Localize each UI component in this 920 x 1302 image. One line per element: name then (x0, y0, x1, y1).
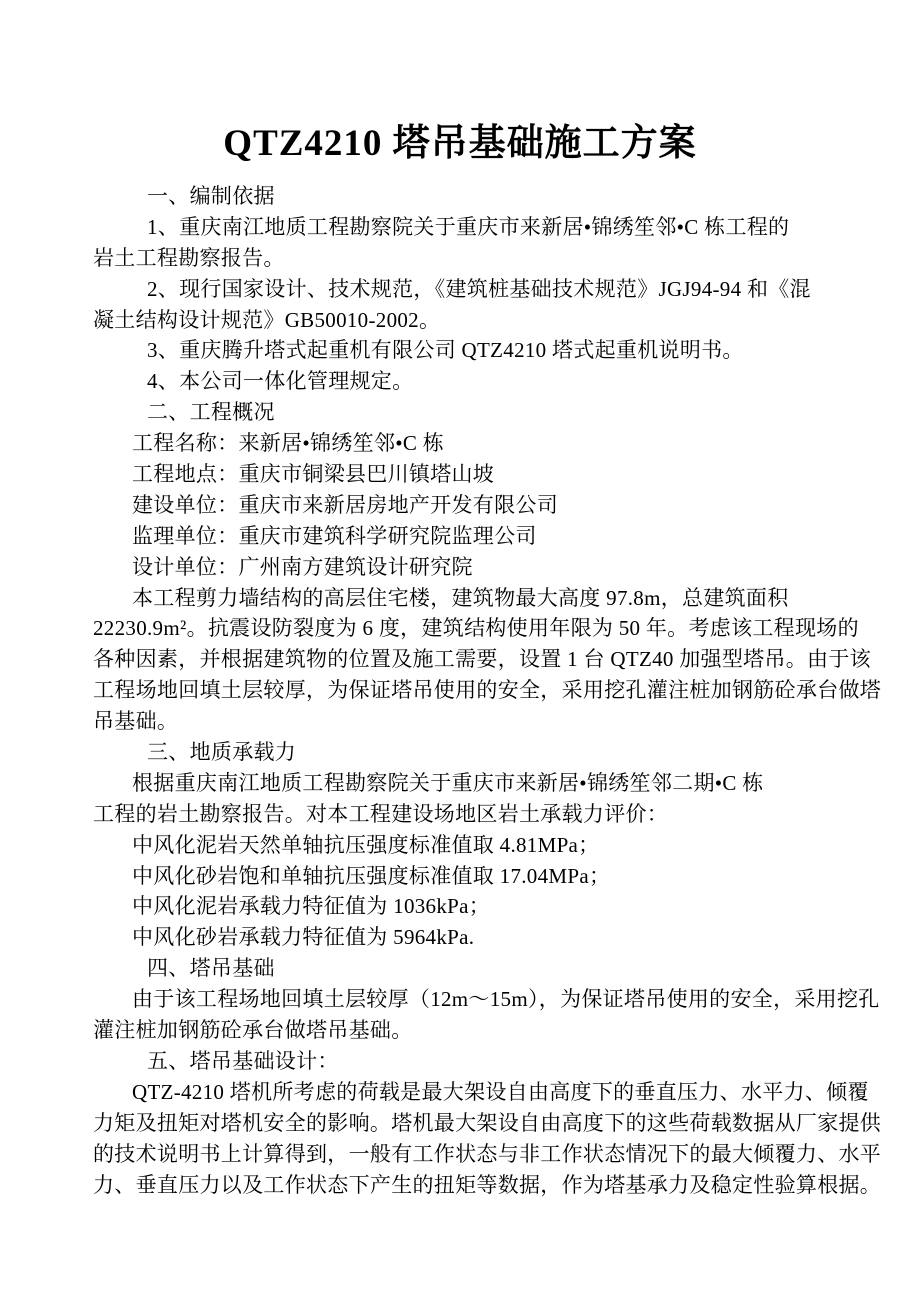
doc-line: 工程地点：重庆市铜梁县巴川镇塔山坡 (93, 459, 833, 490)
doc-line: 中风化泥岩承载力特征值为 1036kPa； (93, 891, 833, 922)
doc-line: 吊基础。 (93, 706, 833, 737)
doc-line: 2、现行国家设计、技术规范，《建筑桩基础技术规范》JGJ94-94 和《混 (93, 274, 833, 305)
doc-line: 4、本公司一体化管理规定。 (93, 366, 833, 397)
doc-line: 力矩及扭矩对塔机安全的影响。塔机最大架设自由高度下的这些荷载数据从厂家提供 (93, 1108, 833, 1139)
doc-line: 凝土结构设计规范》GB50010-2002。 (93, 305, 833, 336)
document-body: 一、编制依据1、重庆南江地质工程勘察院关于重庆市来新居•锦绣笙邻•C 栋工程的岩… (93, 181, 833, 1200)
doc-line: 工程名称：来新居•锦绣笙邻•C 栋 (93, 428, 833, 459)
doc-line: 本工程剪力墙结构的高层住宅楼，建筑物最大高度 97.8m，总建筑面积 (93, 583, 833, 614)
doc-line: 1、重庆南江地质工程勘察院关于重庆市来新居•锦绣笙邻•C 栋工程的 (93, 212, 833, 243)
doc-line: 由于该工程场地回填土层较厚（12m～15m），为保证塔吊使用的安全，采用挖孔 (93, 984, 833, 1015)
doc-line: 工程的岩土勘察报告。对本工程建设场地区岩土承载力评价： (93, 799, 833, 830)
doc-line: 的技术说明书上计算得到，一般有工作状态与非工作状态情况下的最大倾覆力、水平 (93, 1139, 833, 1170)
doc-line: 工程场地回填土层较厚，为保证塔吊使用的安全，采用挖孔灌注桩加钢筋砼承台做塔 (93, 675, 833, 706)
document-title: QTZ4210 塔吊基础施工方案 (0, 118, 920, 170)
doc-line: 设计单位：广州南方建筑设计研究院 (93, 552, 833, 583)
doc-line: 三、地质承载力 (93, 737, 833, 768)
doc-line: 一、编制依据 (93, 181, 833, 212)
doc-line: 各种因素，并根据建筑物的位置及施工需要，设置 1 台 QTZ40 加强型塔吊。由… (93, 644, 833, 675)
doc-line: 22230.9m²。抗震设防裂度为 6 度，建筑结构使用年限为 50 年。考虑该… (93, 613, 833, 644)
doc-line: 岩土工程勘察报告。 (93, 243, 833, 274)
doc-line: 监理单位：重庆市建筑科学研究院监理公司 (93, 521, 833, 552)
document-page: QTZ4210 塔吊基础施工方案 一、编制依据1、重庆南江地质工程勘察院关于重庆… (0, 0, 920, 1302)
doc-line: 中风化泥岩天然单轴抗压强度标准值取 4.81MPa； (93, 830, 833, 861)
doc-line: 建设单位：重庆市来新居房地产开发有限公司 (93, 490, 833, 521)
doc-line: 四、塔吊基础 (93, 953, 833, 984)
doc-line: 中风化砂岩承载力特征值为 5964kPa. (93, 922, 833, 953)
doc-line: 3、重庆腾升塔式起重机有限公司 QTZ4210 塔式起重机说明书。 (93, 335, 833, 366)
doc-line: 二、工程概况 (93, 397, 833, 428)
doc-line: 中风化砂岩饱和单轴抗压强度标准值取 17.04MPa； (93, 861, 833, 892)
doc-line: 灌注桩加钢筋砼承台做塔吊基础。 (93, 1015, 833, 1046)
doc-line: 根据重庆南江地质工程勘察院关于重庆市来新居•锦绣笙邻二期•C 栋 (93, 768, 833, 799)
doc-line: 五、塔吊基础设计： (93, 1046, 833, 1077)
doc-line: QTZ-4210 塔机所考虑的荷载是最大架设自由高度下的垂直压力、水平力、倾覆 (93, 1077, 833, 1108)
doc-line: 力、垂直压力以及工作状态下产生的扭矩等数据，作为塔基承力及稳定性验算根据。 (93, 1170, 833, 1201)
